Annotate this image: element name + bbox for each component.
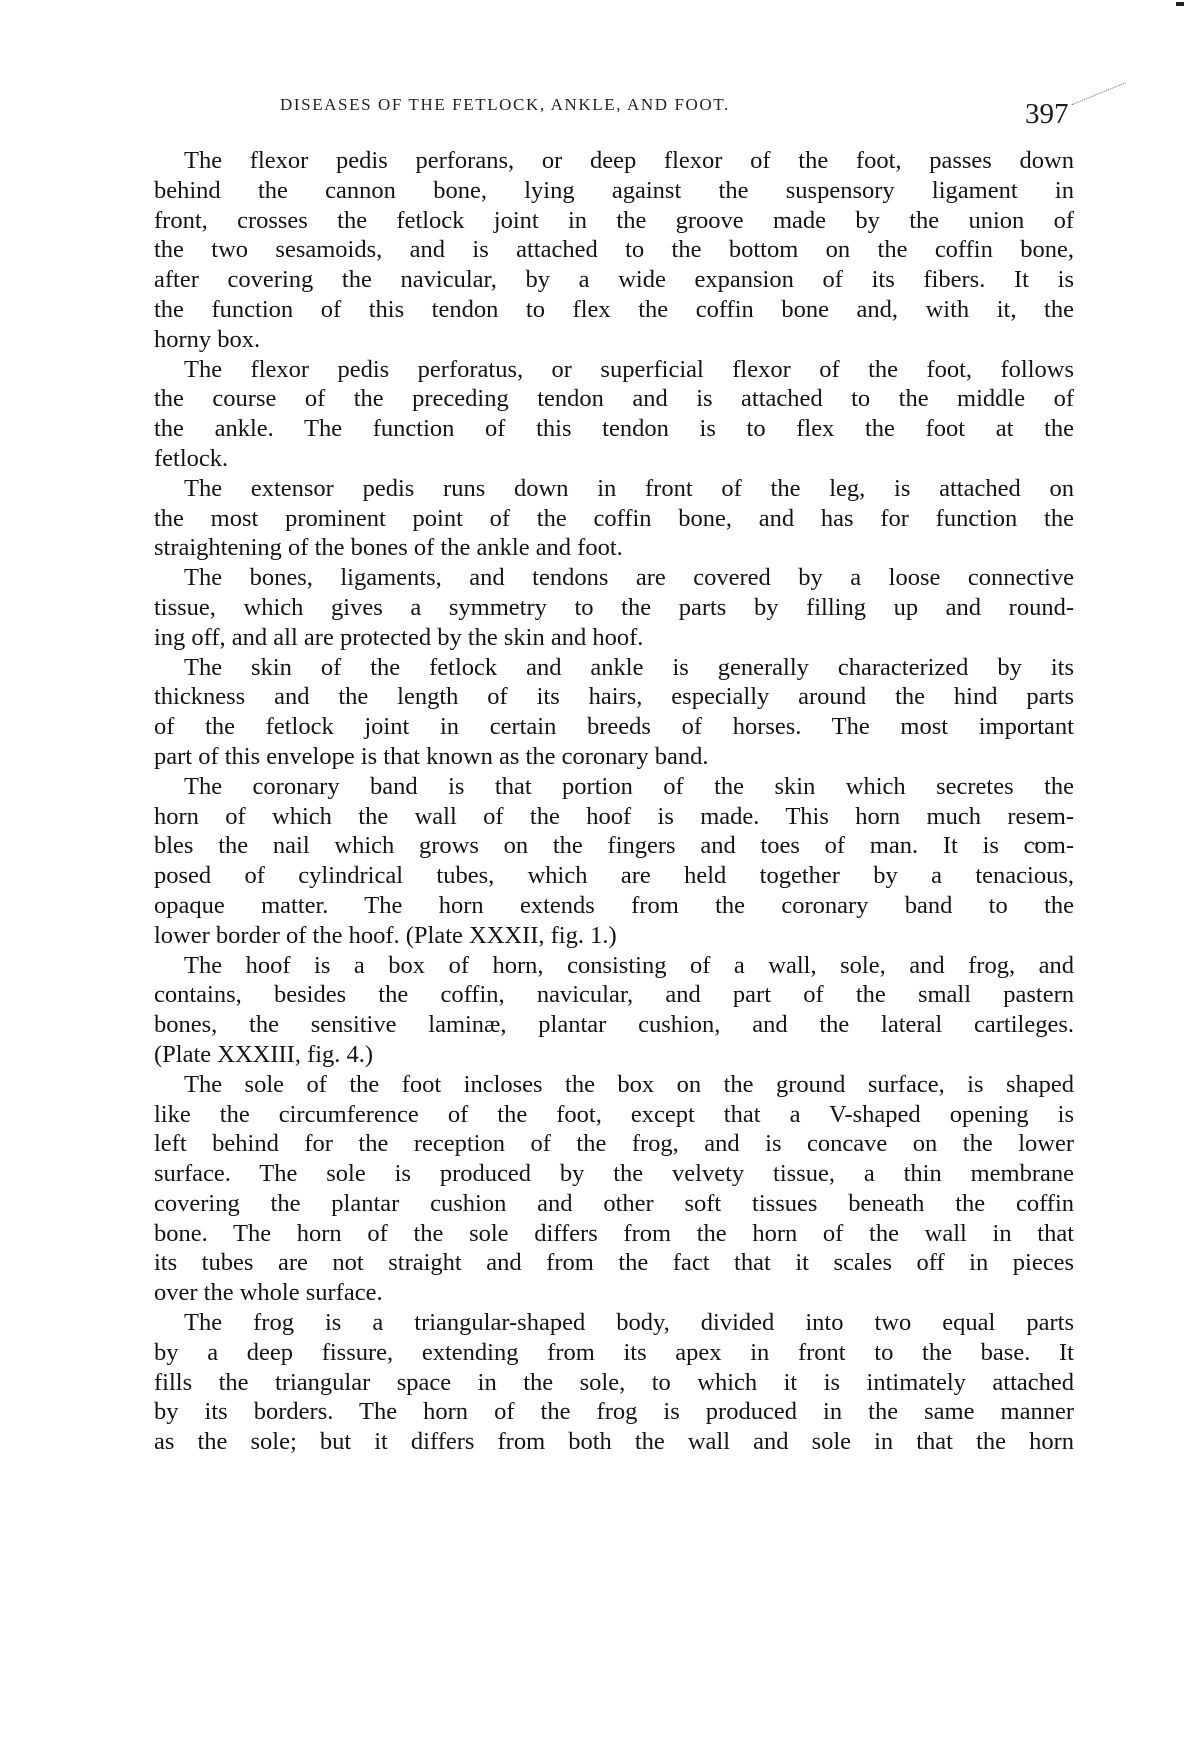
text-line: over the whole surface. <box>154 1278 1074 1308</box>
paragraph: The coronary band is that portion of the… <box>154 772 1074 951</box>
text-line: The frog is a triangular-shaped body, di… <box>154 1308 1074 1338</box>
paragraph: The skin of the fetlock and ankle is gen… <box>154 653 1074 772</box>
text-line: the function of this tendon to flex the … <box>154 295 1074 325</box>
text-line: opaque matter. The horn extends from the… <box>154 891 1074 921</box>
text-line: tissue, which gives a symmetry to the pa… <box>154 593 1074 623</box>
text-line: by a deep fissure, extending from its ap… <box>154 1338 1074 1368</box>
paragraph: The hoof is a box of horn, consisting of… <box>154 951 1074 1070</box>
text-line: covering the plantar cushion and other s… <box>154 1189 1074 1219</box>
text-line: fills the triangular space in the sole, … <box>154 1368 1074 1398</box>
text-line: the ankle. The function of this tendon i… <box>154 414 1074 444</box>
text-line: after covering the navicular, by a wide … <box>154 265 1074 295</box>
text-line: contains, besides the coffin, navicular,… <box>154 980 1074 1010</box>
text-line: The hoof is a box of horn, consisting of… <box>154 951 1074 981</box>
text-line: (Plate XXXIII, fig. 4.) <box>154 1040 1074 1070</box>
text-line: the course of the preceding tendon and i… <box>154 384 1074 414</box>
page-number: 397 <box>1025 98 1069 131</box>
paragraph: The sole of the foot incloses the box on… <box>154 1070 1074 1308</box>
text-line: behind the cannon bone, lying against th… <box>154 176 1074 206</box>
text-line: The bones, ligaments, and tendons are co… <box>154 563 1074 593</box>
text-line: as the sole; but it differs from both th… <box>154 1427 1074 1457</box>
text-line: The extensor pedis runs down in front of… <box>154 474 1074 504</box>
text-line: The flexor pedis perforatus, or superfic… <box>154 355 1074 385</box>
text-line: bone. The horn of the sole differs from … <box>154 1219 1074 1249</box>
text-line: by its borders. The horn of the frog is … <box>154 1397 1074 1427</box>
text-line: The sole of the foot incloses the box on… <box>154 1070 1074 1100</box>
paragraph: The frog is a triangular-shaped body, di… <box>154 1308 1074 1457</box>
text-line: left behind for the reception of the fro… <box>154 1129 1074 1159</box>
text-line: front, crosses the fetlock joint in the … <box>154 206 1074 236</box>
text-line: surface. The sole is produced by the vel… <box>154 1159 1074 1189</box>
document-page: DISEASES OF THE FETLOCK, ANKLE, AND FOOT… <box>0 0 1200 1746</box>
text-line: thickness and the length of its hairs, e… <box>154 682 1074 712</box>
text-line: its tubes are not straight and from the … <box>154 1248 1074 1278</box>
text-line: fetlock. <box>154 444 1074 474</box>
paragraph: The flexor pedis perforans, or deep flex… <box>154 146 1074 355</box>
ink-mark: ~ <box>1028 833 1038 854</box>
paragraph: The extensor pedis runs down in front of… <box>154 474 1074 563</box>
text-line: The flexor pedis perforans, or deep flex… <box>154 146 1074 176</box>
text-line: the two sesamoids, and is attached to th… <box>154 235 1074 265</box>
text-line: horny box. <box>154 325 1074 355</box>
text-line: of the fetlock joint in certain breeds o… <box>154 712 1074 742</box>
text-line: horn of which the wall of the hoof is ma… <box>154 802 1074 832</box>
text-line: posed of cylindrical tubes, which are he… <box>154 861 1074 891</box>
body-text: The flexor pedis perforans, or deep flex… <box>154 146 1074 1457</box>
text-line: The skin of the fetlock and ankle is gen… <box>154 653 1074 683</box>
text-line: lower border of the hoof. (Plate XXXII, … <box>154 921 1074 951</box>
text-line: part of this envelope is that known as t… <box>154 742 1074 772</box>
running-head: DISEASES OF THE FETLOCK, ANKLE, AND FOOT… <box>280 95 730 115</box>
text-line: bles the nail which grows on the fingers… <box>154 831 1074 861</box>
scan-artifact-mark <box>1176 2 1184 6</box>
text-line: The coronary band is that portion of the… <box>154 772 1074 802</box>
text-line: bones, the sensitive laminæ, plantar cus… <box>154 1010 1074 1040</box>
pencil-stroke-mark <box>1072 82 1127 106</box>
text-line: ing off, and all are protected by the sk… <box>154 623 1074 653</box>
paragraph: The flexor pedis perforatus, or superfic… <box>154 355 1074 474</box>
text-line: like the circumference of the foot, exce… <box>154 1100 1074 1130</box>
text-line: straightening of the bones of the ankle … <box>154 533 1074 563</box>
paragraph: The bones, ligaments, and tendons are co… <box>154 563 1074 652</box>
text-line: the most prominent point of the coffin b… <box>154 504 1074 534</box>
